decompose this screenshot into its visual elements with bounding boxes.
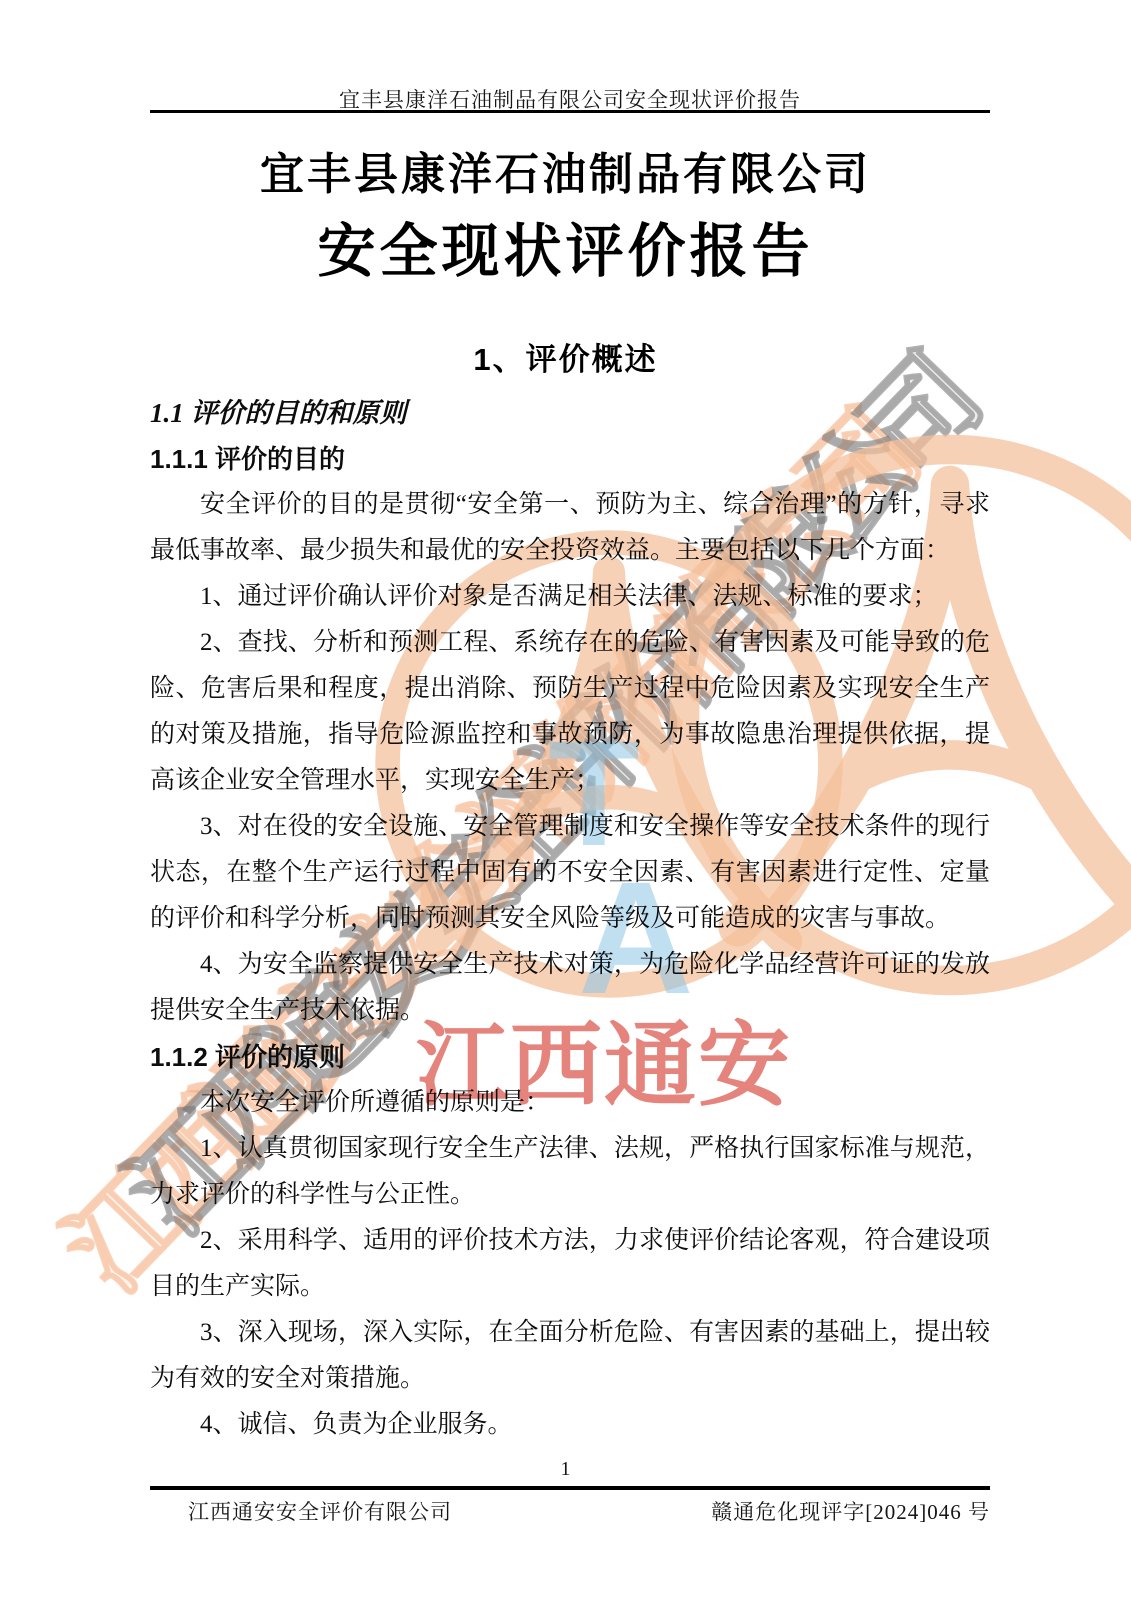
footer-company: 江西通安安全评价有限公司 <box>188 1496 452 1526</box>
paragraph: 4、诚信、负责为企业服务。 <box>150 1402 990 1448</box>
report-title: 安全现状评价报告 <box>0 204 1131 288</box>
company-title: 宜丰县康洋石油制品有限公司 <box>0 138 1131 202</box>
paragraph: 安全评价的目的是贯彻“安全第一、预防为主、综合治理”的方针，寻求最低事故率、最少… <box>150 482 990 574</box>
paragraph: 2、查找、分析和预测工程、系统存在的危险、有害因素及可能导致的危险、危害后果和程… <box>150 620 990 804</box>
paragraph: 3、对在役的安全设施、安全管理制度和安全操作等安全技术条件的现行状态，在整个生产… <box>150 804 990 942</box>
header-rule <box>150 110 990 113</box>
paragraph: 1、认真贯彻国家现行安全生产法律、法规，严格执行国家标准与规范，力求评价的科学性… <box>150 1126 990 1218</box>
paragraph: 1、通过评价确认评价对象是否满足相关法律、法规、标准的要求； <box>150 574 990 620</box>
paragraph: 3、深入现场，深入实际，在全面分析危险、有害因素的基础上，提出较为有效的安全对策… <box>150 1310 990 1402</box>
paragraph: 本次安全评价所遵循的原则是： <box>150 1080 990 1126</box>
heading-1-1: 1.1 评价的目的和原则 <box>150 390 990 436</box>
document-page: 江西通安安全评价有限公司 江西通安安全评价有限公司 T A 江西通安 宜丰县康洋… <box>0 0 1131 1600</box>
body-content: 1.1 评价的目的和原则 1.1.1 评价的目的 安全评价的目的是贯彻“安全第一… <box>150 390 990 1448</box>
page-number: 1 <box>0 1458 1131 1481</box>
heading-1-1-2: 1.1.2 评价的原则 <box>150 1034 990 1080</box>
heading-1-1-1: 1.1.1 评价的目的 <box>150 436 990 482</box>
section-heading: 1、评价概述 <box>0 334 1131 379</box>
footer-rule <box>150 1486 990 1490</box>
paragraph: 4、为安全监察提供安全生产技术对策，为危险化学品经营许可证的发放提供安全生产技术… <box>150 942 990 1034</box>
footer-doc-number: 赣通危化现评字[2024]046 号 <box>711 1496 990 1526</box>
paragraph: 2、采用科学、适用的评价技术方法，力求使评价结论客观，符合建设项目的生产实际。 <box>150 1218 990 1310</box>
